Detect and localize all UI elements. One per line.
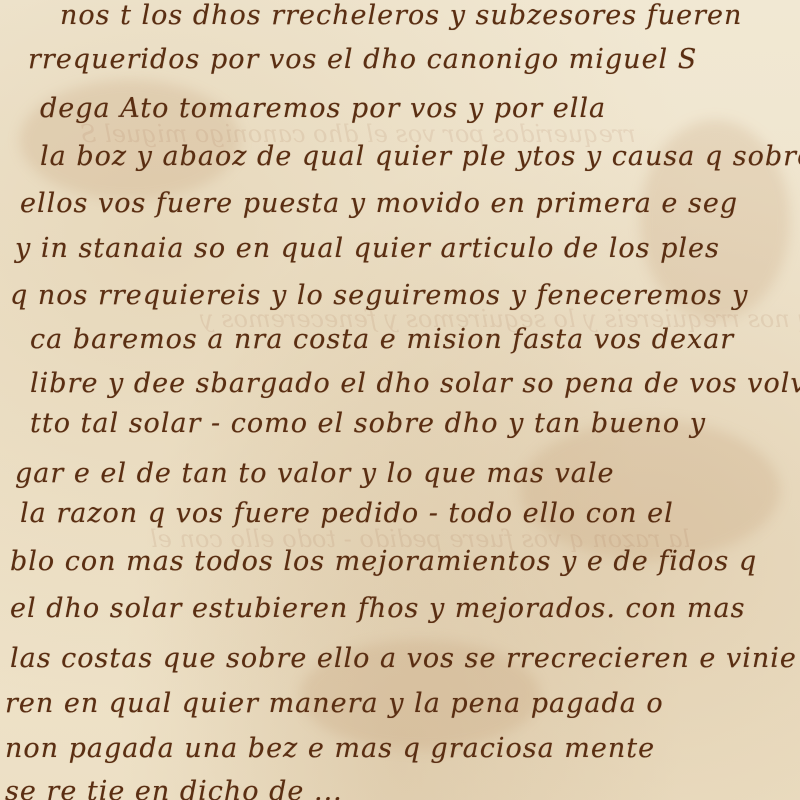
manuscript-line-8: ca baremos a nra costa e mision fasta vo… <box>30 326 734 353</box>
manuscript-line-5: ellos vos fuere puesta y movido en prime… <box>20 190 738 217</box>
manuscript-line-7: q nos rrequiereis y lo seguiremos y fene… <box>10 282 748 309</box>
manuscript-line-14: el dho solar estubieren fhos y mejorados… <box>10 595 745 622</box>
manuscript-line-10: tto tal solar - como el sobre dho y tan … <box>30 410 706 437</box>
manuscript-line-6: y in stanaia so en qual quier articulo d… <box>15 235 720 262</box>
manuscript-line-1: nos t los dhos rrecheleros y subzesores … <box>60 2 742 29</box>
manuscript-line-18: se re tie en dicho de ... <box>5 778 343 800</box>
manuscript-page: rrequeridos por vos el dho canonigo migu… <box>0 0 800 800</box>
manuscript-line-17: non pagada una bez e mas q graciosa ment… <box>5 735 655 762</box>
manuscript-line-16: ren en qual quier manera y la pena pagad… <box>5 690 664 717</box>
manuscript-line-13: blo con mas todos los mejoramientos y e … <box>10 548 757 575</box>
manuscript-line-12: la razon q vos fuere pedido - todo ello … <box>20 500 674 527</box>
manuscript-line-15: las costas que sobre ello a vos se rrecr… <box>10 645 797 672</box>
manuscript-line-2: rrequeridos por vos el dho canonigo migu… <box>28 46 697 73</box>
manuscript-line-9: libre y dee sbargado el dho solar so pen… <box>30 370 800 397</box>
manuscript-line-3: dega Ato tomaremos por vos y por ella <box>40 95 606 122</box>
manuscript-line-11: gar e el de tan to valor y lo que mas va… <box>15 460 614 487</box>
manuscript-line-4: la boz y abaoz de qual quier ple ytos y … <box>40 143 800 170</box>
